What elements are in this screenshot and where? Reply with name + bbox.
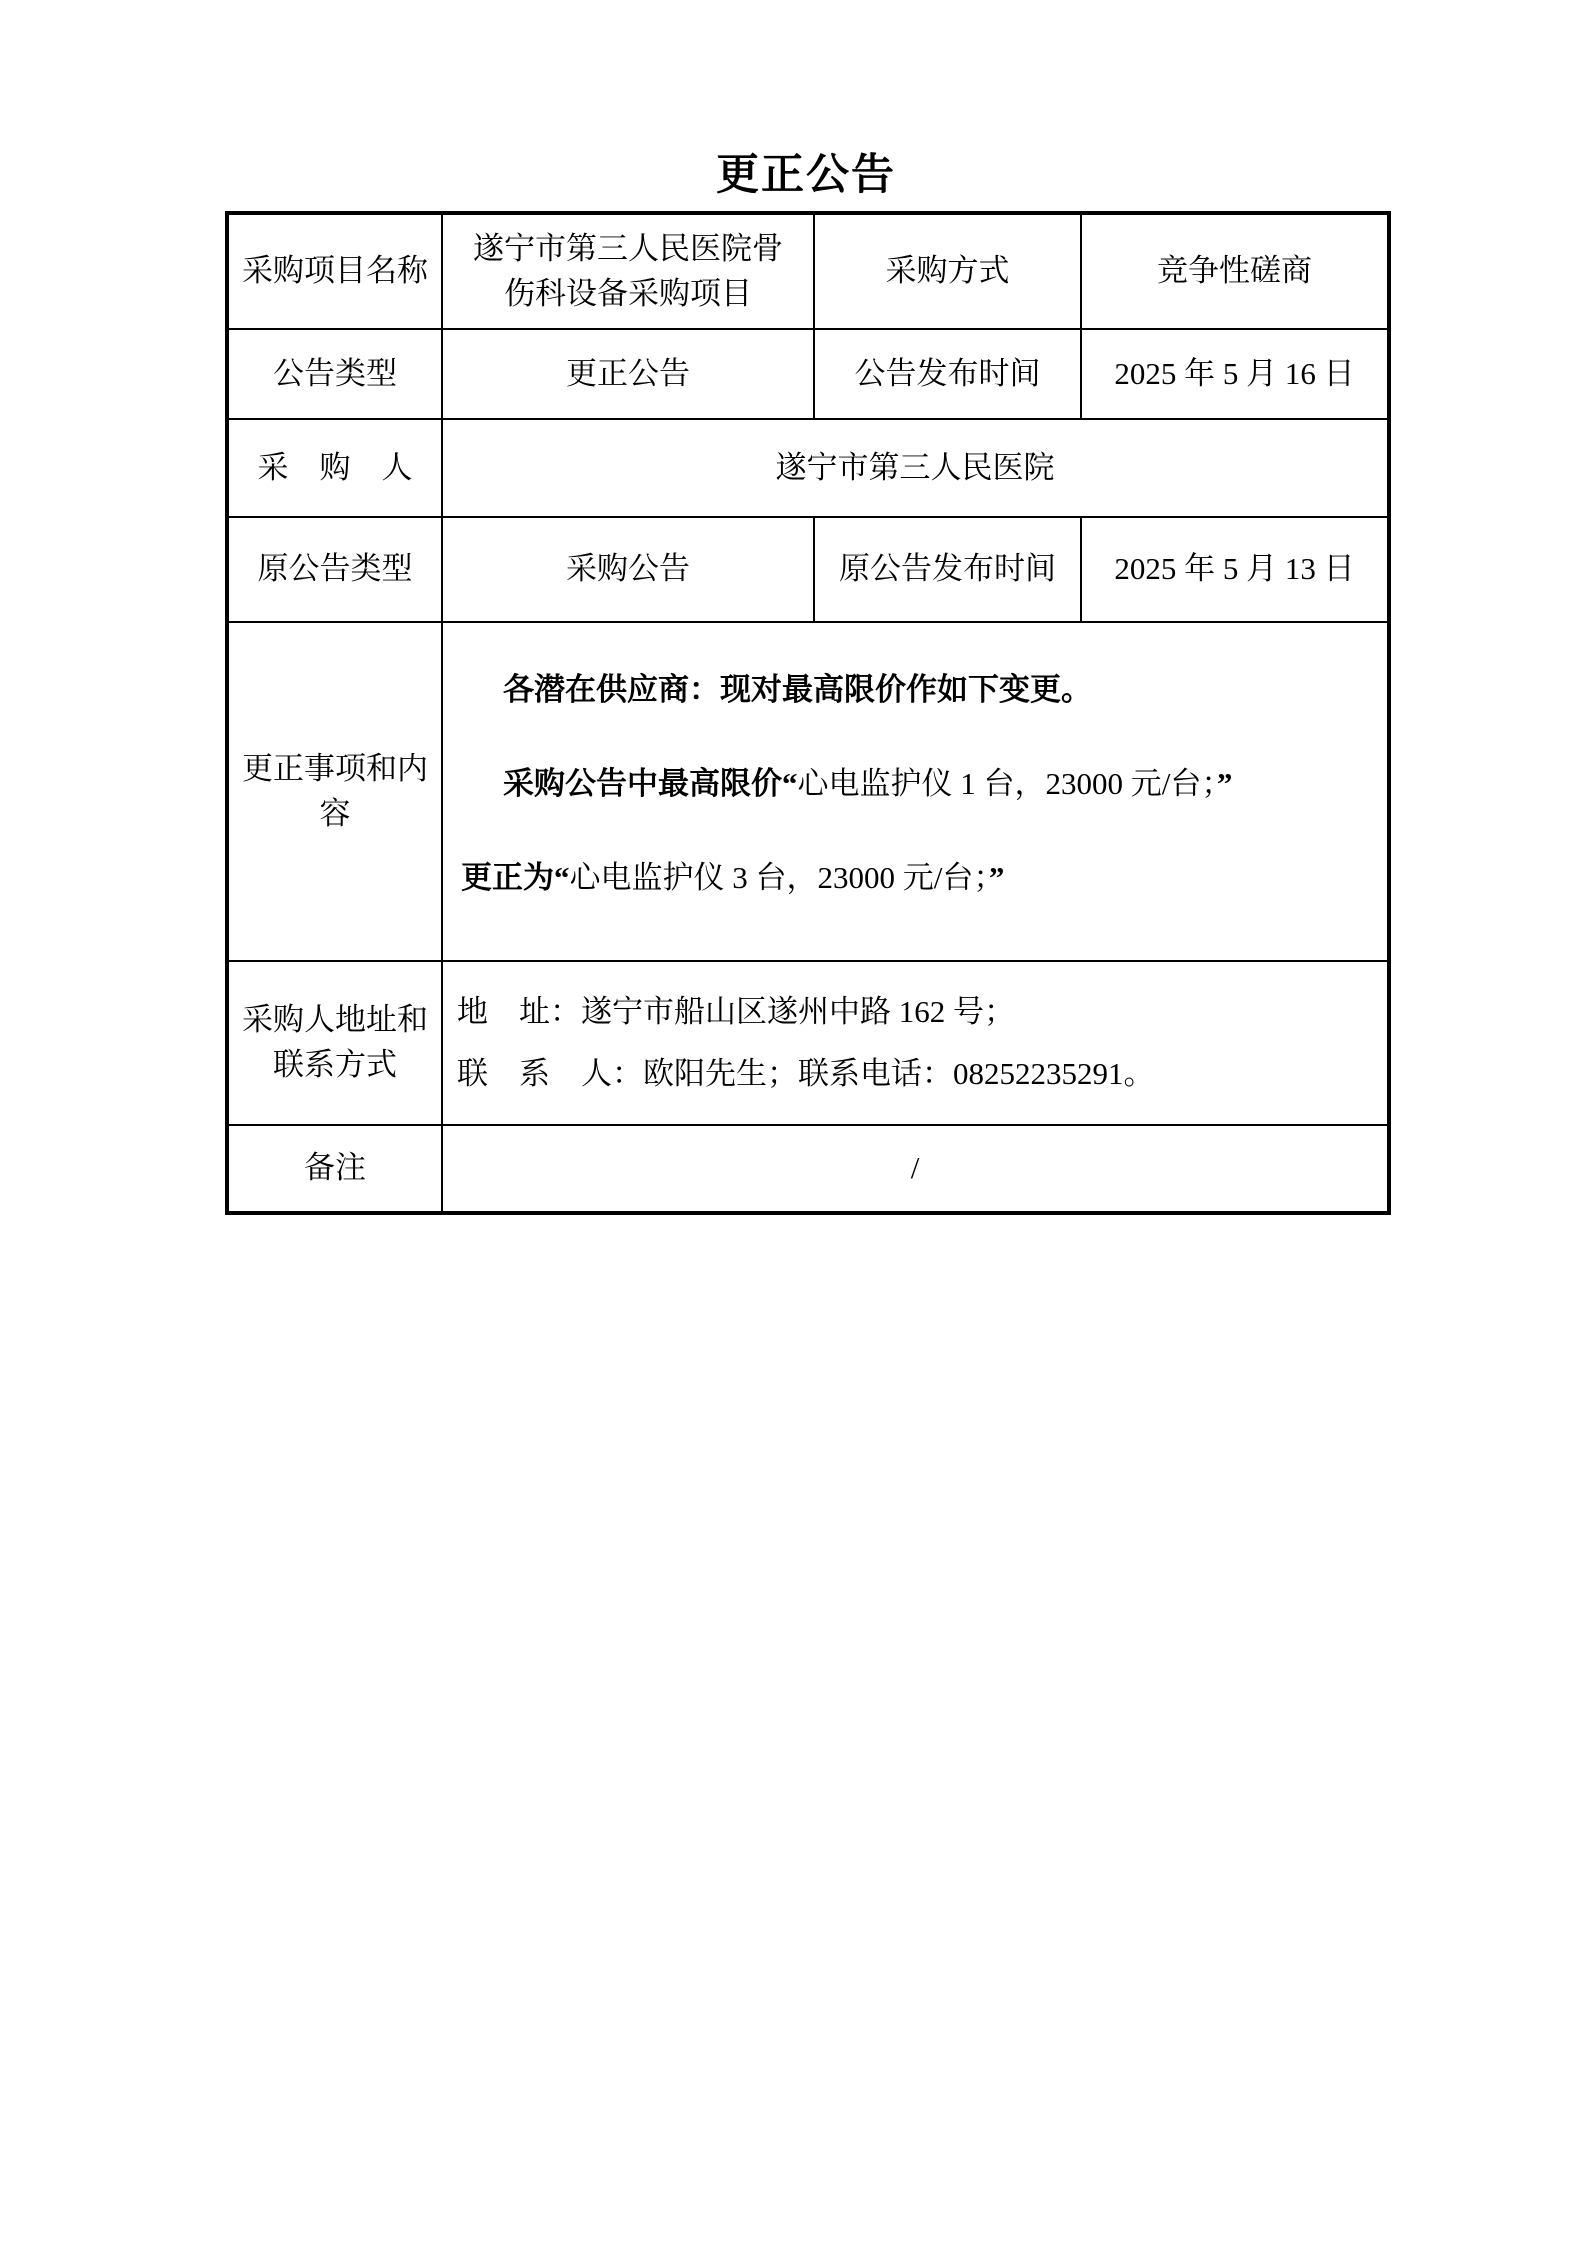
original-publish-time-value: 2025 年 5 月 13 日 [1081, 517, 1389, 622]
correction-paragraph-1: 各潜在供应商：现对最高限价作如下变更。 [461, 668, 1369, 712]
correction-content-value: 各潜在供应商：现对最高限价作如下变更。 采购公告中最高限价“心电监护仪 1 台，… [442, 622, 1389, 961]
announcement-type-value: 更正公告 [442, 329, 814, 419]
table-row: 采 购 人 遂宁市第三人民医院 [227, 419, 1389, 517]
address-line: 地 址：遂宁市船山区遂州中路 162 号； [457, 990, 1369, 1034]
purchaser-value: 遂宁市第三人民医院 [442, 419, 1389, 517]
correction-paragraph-3: 更正为“心电监护仪 3 台，23000 元/台；” [461, 856, 1369, 900]
announcement-type-label: 公告类型 [227, 329, 442, 419]
correction-p3-prefix: 更正为“ [461, 860, 570, 895]
correction-p3-quoted: 心电监护仪 3 台，23000 元/台； [570, 860, 989, 895]
table-row: 采购项目名称 遂宁市第三人民医院骨伤科设备采购项目 采购方式 竞争性磋商 [227, 213, 1389, 329]
publish-time-value: 2025 年 5 月 16 日 [1081, 329, 1389, 419]
correction-paragraph-2: 采购公告中最高限价“心电监护仪 1 台，23000 元/台；” [461, 762, 1369, 806]
original-publish-time-label: 原公告发布时间 [814, 517, 1081, 622]
notice-table: 采购项目名称 遂宁市第三人民医院骨伤科设备采购项目 采购方式 竞争性磋商 公告类… [225, 211, 1391, 1215]
remark-value: / [442, 1125, 1389, 1213]
correction-p2-quoted: 心电监护仪 1 台，23000 元/台； [798, 766, 1217, 801]
table-row: 更正事项和内容 各潜在供应商：现对最高限价作如下变更。 采购公告中最高限价“心电… [227, 622, 1389, 961]
contact-person-line: 联 系 人：欧阳先生；联系电话：08252235291。 [457, 1052, 1369, 1096]
original-announcement-type-value: 采购公告 [442, 517, 814, 622]
document-page: { "page": { "title": "更正公告" }, "table": … [0, 0, 1587, 2245]
correction-p2-prefix: 采购公告中最高限价“ [503, 766, 798, 801]
table-row: 公告类型 更正公告 公告发布时间 2025 年 5 月 16 日 [227, 329, 1389, 419]
procurement-method-label: 采购方式 [814, 213, 1081, 329]
correction-p3-suffix: ” [989, 860, 1005, 895]
purchaser-contact-label: 采购人地址和联系方式 [227, 961, 442, 1125]
remark-label: 备注 [227, 1125, 442, 1213]
project-name-label: 采购项目名称 [227, 213, 442, 329]
purchaser-label: 采 购 人 [227, 419, 442, 517]
table-row: 备注 / [227, 1125, 1389, 1213]
table-row: 原公告类型 采购公告 原公告发布时间 2025 年 5 月 13 日 [227, 517, 1389, 622]
purchaser-contact-value: 地 址：遂宁市船山区遂州中路 162 号； 联 系 人：欧阳先生；联系电话：08… [442, 961, 1389, 1125]
procurement-method-value: 竞争性磋商 [1081, 213, 1389, 329]
page-title: 更正公告 [225, 150, 1387, 202]
publish-time-label: 公告发布时间 [814, 329, 1081, 419]
original-announcement-type-label: 原公告类型 [227, 517, 442, 622]
project-name-value: 遂宁市第三人民医院骨伤科设备采购项目 [442, 213, 814, 329]
correction-content-label: 更正事项和内容 [227, 622, 442, 961]
table-row: 采购人地址和联系方式 地 址：遂宁市船山区遂州中路 162 号； 联 系 人：欧… [227, 961, 1389, 1125]
correction-p2-suffix: ” [1217, 766, 1233, 801]
